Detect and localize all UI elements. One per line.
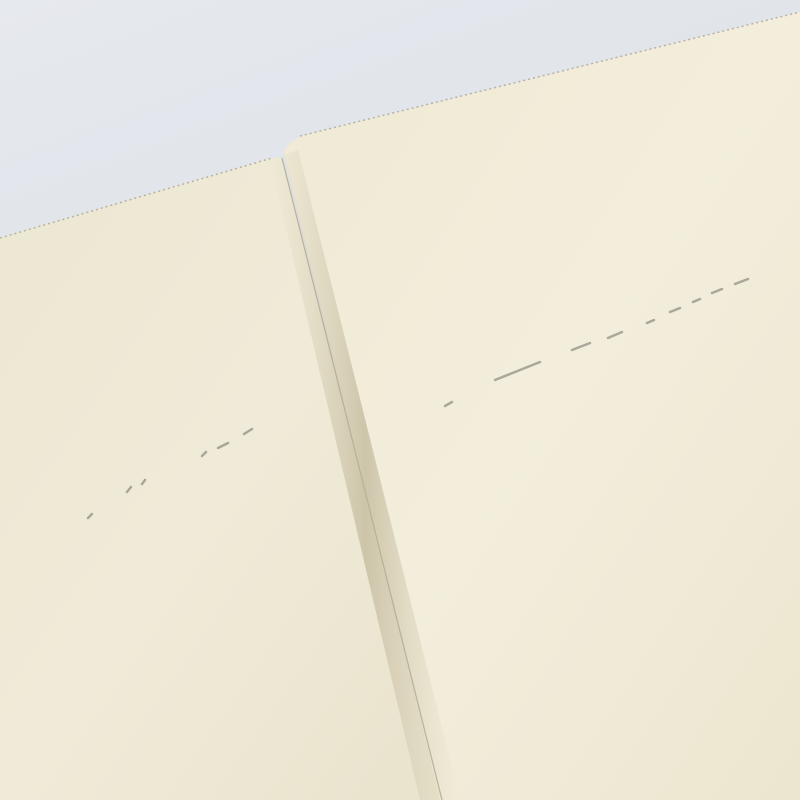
book-illustration — [0, 0, 800, 800]
photo-scene — [0, 0, 800, 800]
